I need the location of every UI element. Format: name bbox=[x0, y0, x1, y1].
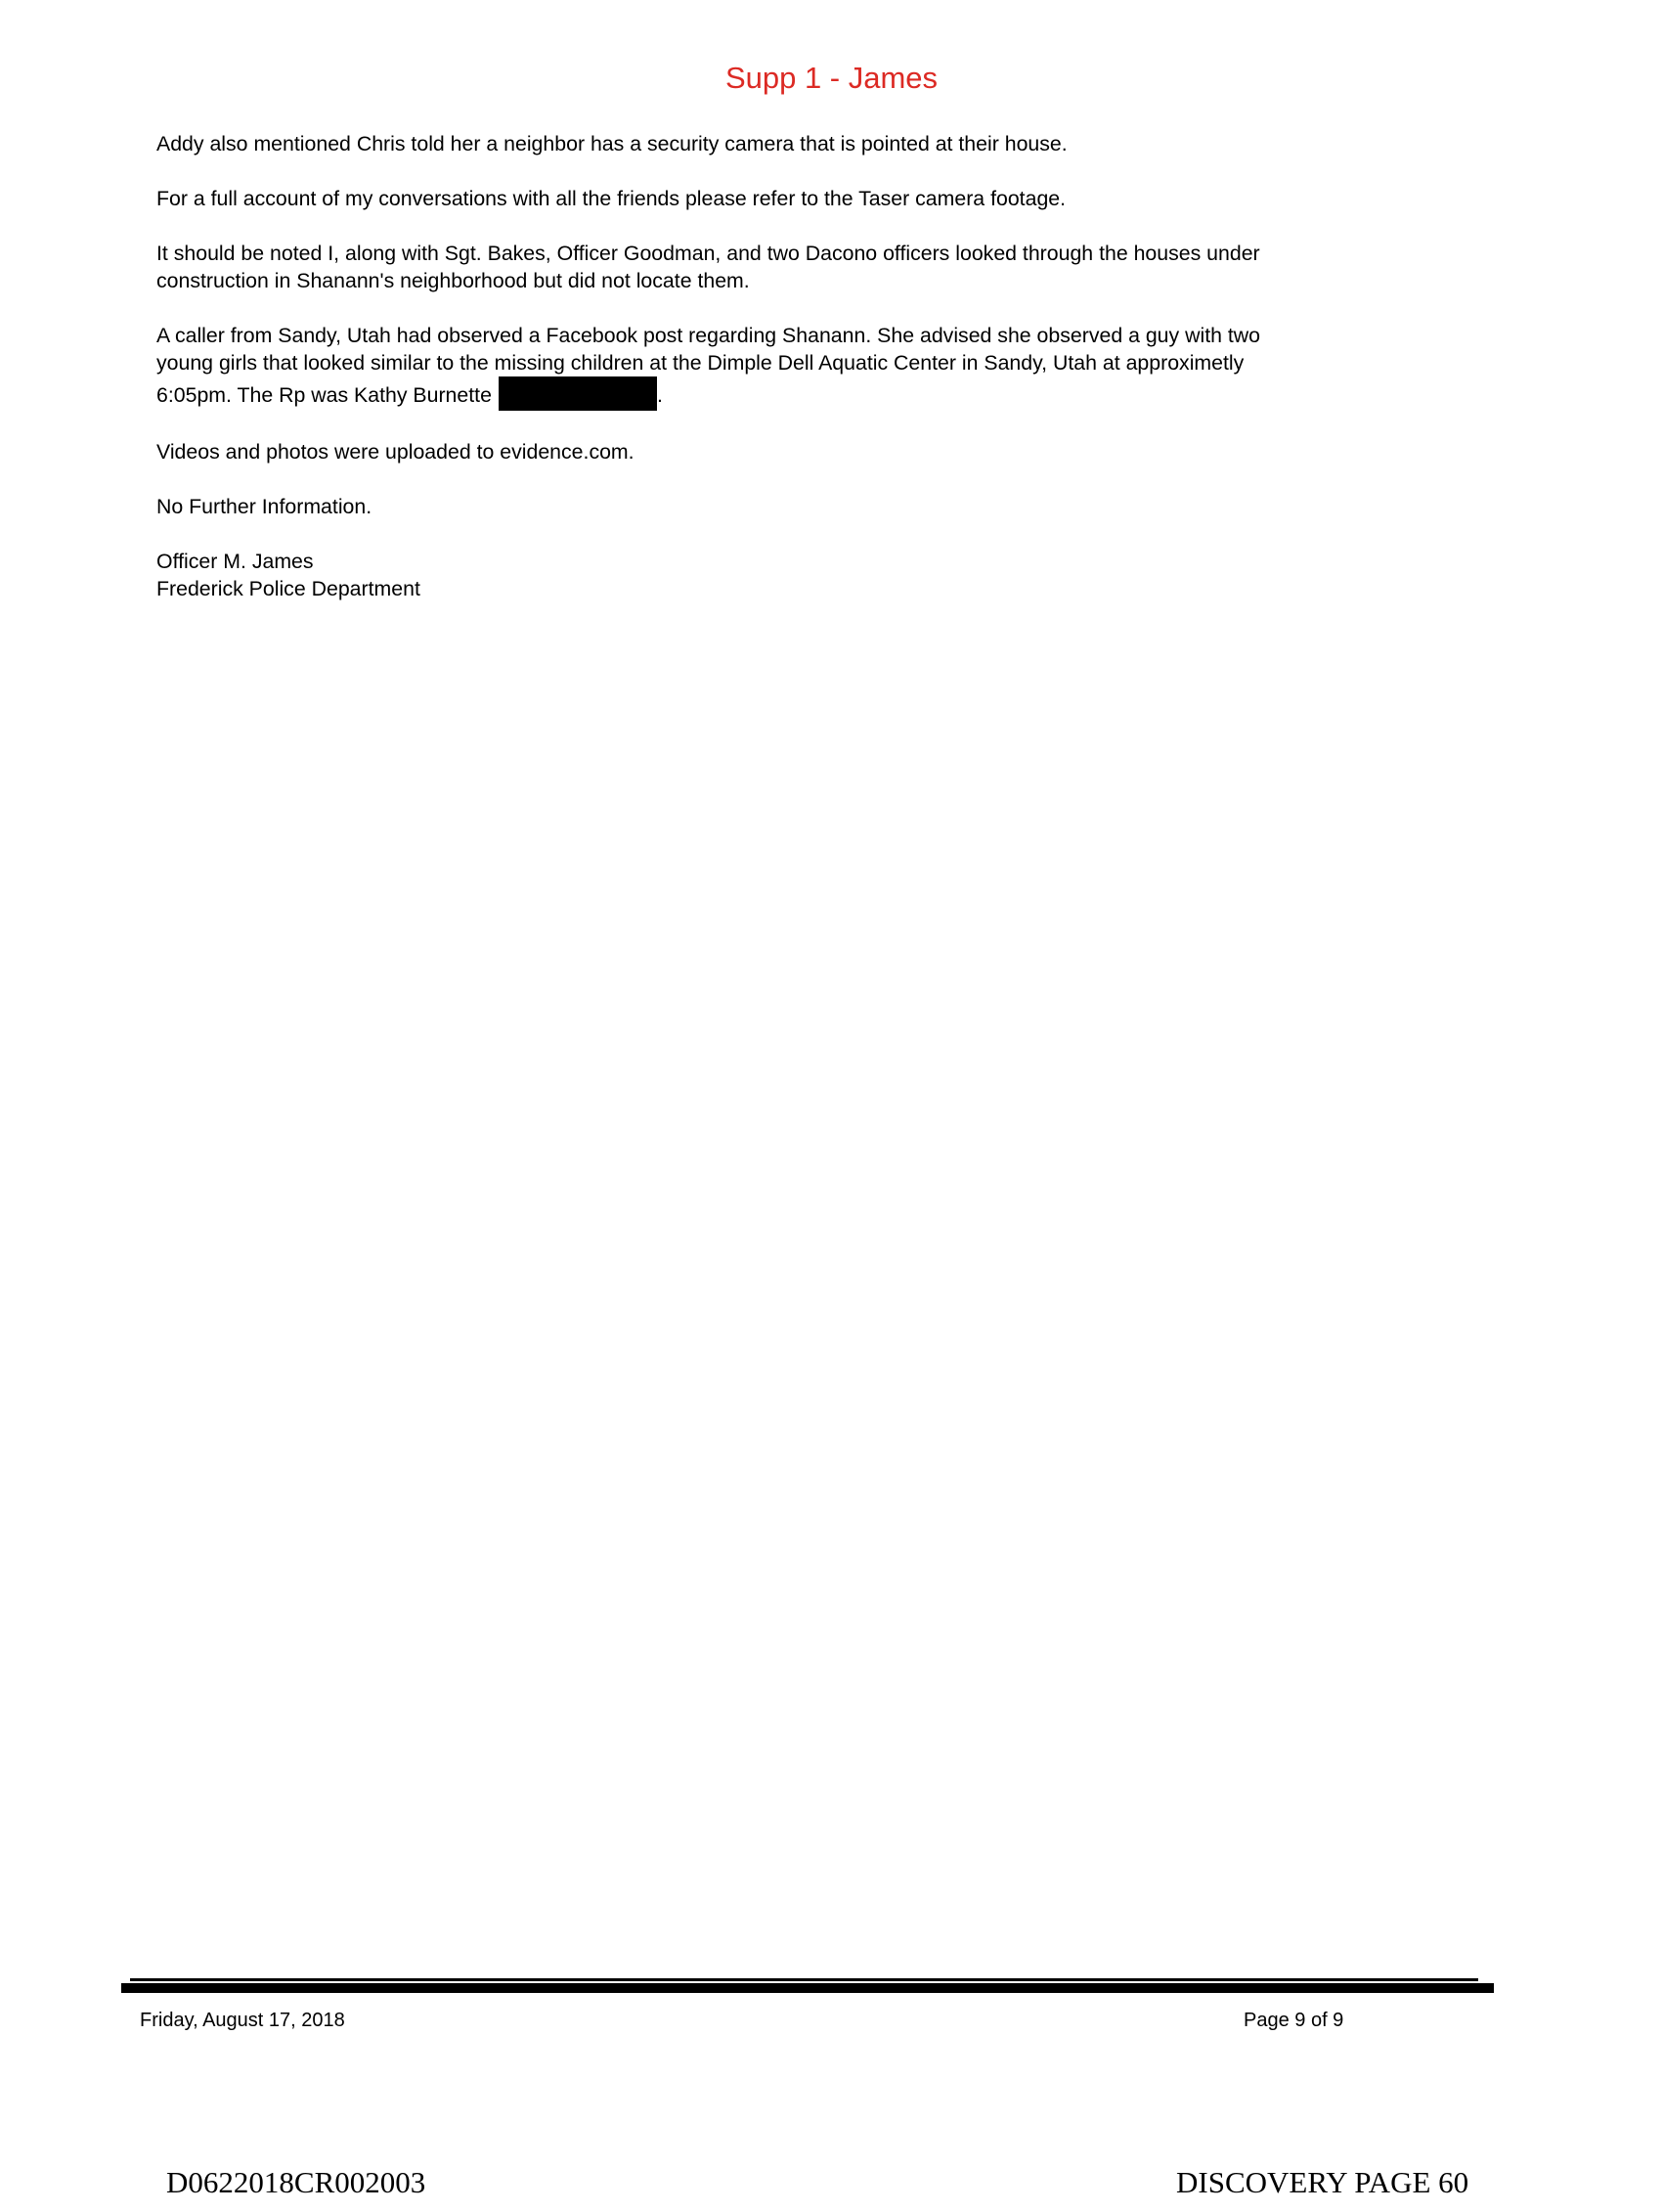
text-segment: . bbox=[657, 383, 663, 407]
footer-date: Friday, August 17, 2018 bbox=[140, 2008, 345, 2033]
redaction-block bbox=[499, 376, 657, 411]
text-segment: 6:05pm. The Rp was Kathy Burnette ( bbox=[156, 383, 504, 407]
text-line: No Further Information. bbox=[156, 493, 1486, 520]
text-line-with-redaction: 6:05pm. The Rp was Kathy Burnette (. bbox=[156, 376, 1486, 411]
text-line: young girls that looked similar to the m… bbox=[156, 349, 1486, 376]
text-line: Addy also mentioned Chris told her a nei… bbox=[156, 130, 1486, 157]
discovery-page-stamp: DISCOVERY PAGE 60 bbox=[1176, 2163, 1468, 2202]
paragraph-no-further-info: No Further Information. bbox=[156, 493, 1486, 520]
paragraph-taser-footage: For a full account of my conversations w… bbox=[156, 185, 1486, 212]
paragraph-evidence-upload: Videos and photos were uploaded to evide… bbox=[156, 438, 1486, 465]
footer-divider-thin bbox=[130, 1978, 1478, 1981]
text-line: For a full account of my conversations w… bbox=[156, 185, 1486, 212]
paragraph-house-search: It should be noted I, along with Sgt. Ba… bbox=[156, 240, 1486, 294]
footer-divider-thick bbox=[121, 1983, 1494, 1993]
text-line: It should be noted I, along with Sgt. Ba… bbox=[156, 240, 1486, 267]
paragraph-neighbor-camera: Addy also mentioned Chris told her a nei… bbox=[156, 130, 1486, 157]
case-number-stamp: D0622018CR002003 bbox=[166, 2163, 425, 2202]
text-line: A caller from Sandy, Utah had observed a… bbox=[156, 322, 1486, 349]
text-line: construction in Shanann's neighborhood b… bbox=[156, 267, 1486, 294]
paragraph-utah-caller: A caller from Sandy, Utah had observed a… bbox=[156, 322, 1486, 411]
department-name: Frederick Police Department bbox=[156, 575, 1486, 602]
report-title: Supp 1 - James bbox=[0, 59, 1663, 98]
text-line: Videos and photos were uploaded to evide… bbox=[156, 438, 1486, 465]
officer-name: Officer M. James bbox=[156, 548, 1486, 575]
report-body: Addy also mentioned Chris told her a nei… bbox=[156, 130, 1486, 602]
footer-page-number: Page 9 of 9 bbox=[1244, 2008, 1343, 2033]
signature-block: Officer M. James Frederick Police Depart… bbox=[156, 548, 1486, 602]
